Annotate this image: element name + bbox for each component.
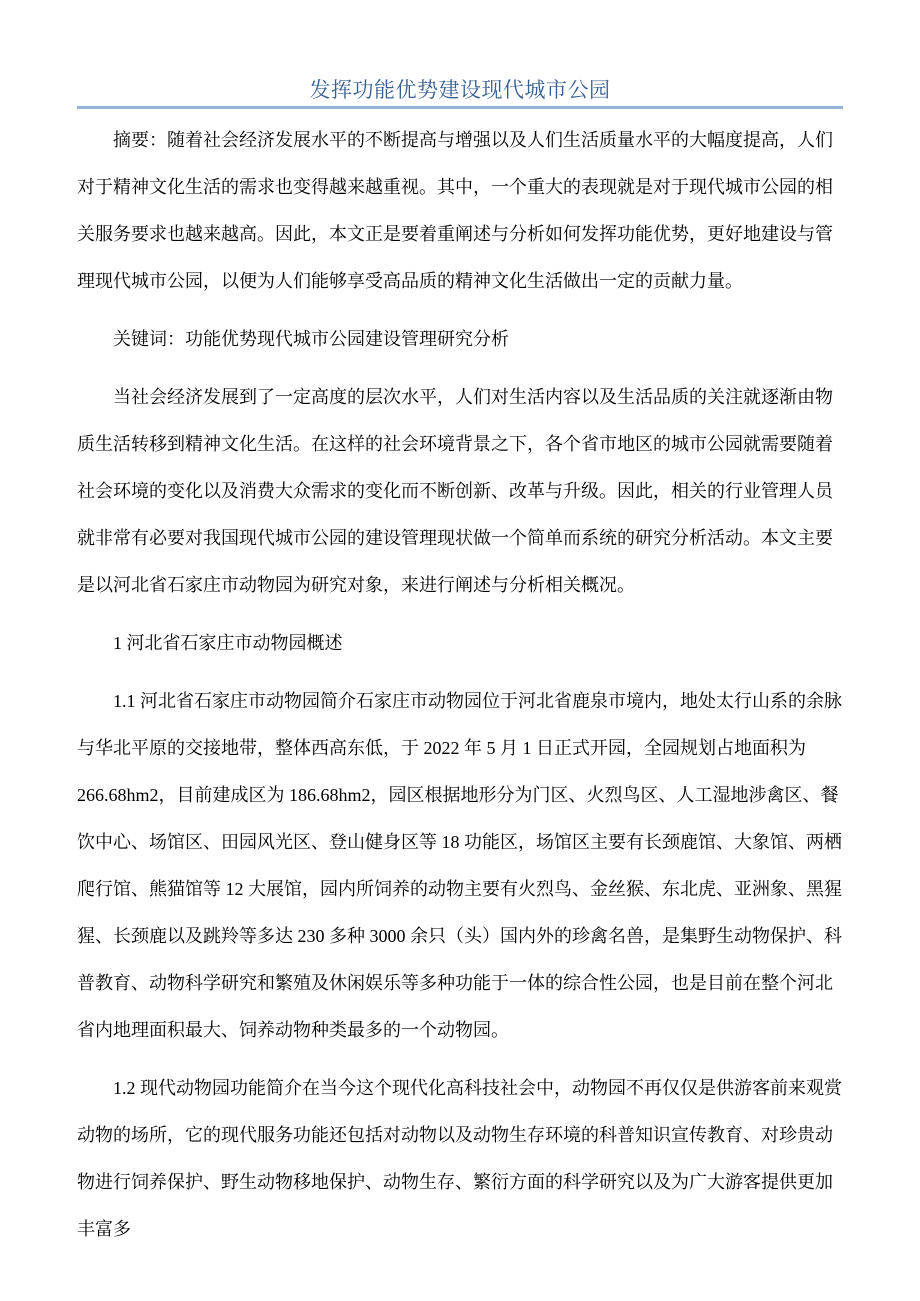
section-1-1-paragraph: 1.1 河北省石家庄市动物园简介石家庄市动物园位于河北省鹿泉市境内，地处太行山系…: [77, 678, 843, 1054]
document-title: 发挥功能优势建设现代城市公园: [77, 77, 843, 103]
section-heading-1: 1 河北省石家庄市动物园概述: [77, 620, 843, 667]
document-content: 发挥功能优势建设现代城市公园 摘要：随着社会经济发展水平的不断提高与增强以及人们…: [77, 77, 843, 1253]
keywords-paragraph: 关键词：功能优势现代城市公园建设管理研究分析: [77, 316, 843, 363]
section-1-2-paragraph: 1.2 现代动物园功能简介在当今这个现代化高科技社会中，动物园不再仅仅是供游客前…: [77, 1065, 843, 1253]
document-page: 发挥功能优势建设现代城市公园 摘要：随着社会经济发展水平的不断提高与增强以及人们…: [0, 0, 920, 1301]
abstract-paragraph: 摘要：随着社会经济发展水平的不断提高与增强以及人们生活质量水平的大幅度提高，人们…: [77, 117, 843, 305]
intro-paragraph: 当社会经济发展到了一定高度的层次水平，人们对生活内容以及生活品质的关注就逐渐由物…: [77, 374, 843, 609]
document-body: 摘要：随着社会经济发展水平的不断提高与增强以及人们生活质量水平的大幅度提高，人们…: [77, 109, 843, 1253]
